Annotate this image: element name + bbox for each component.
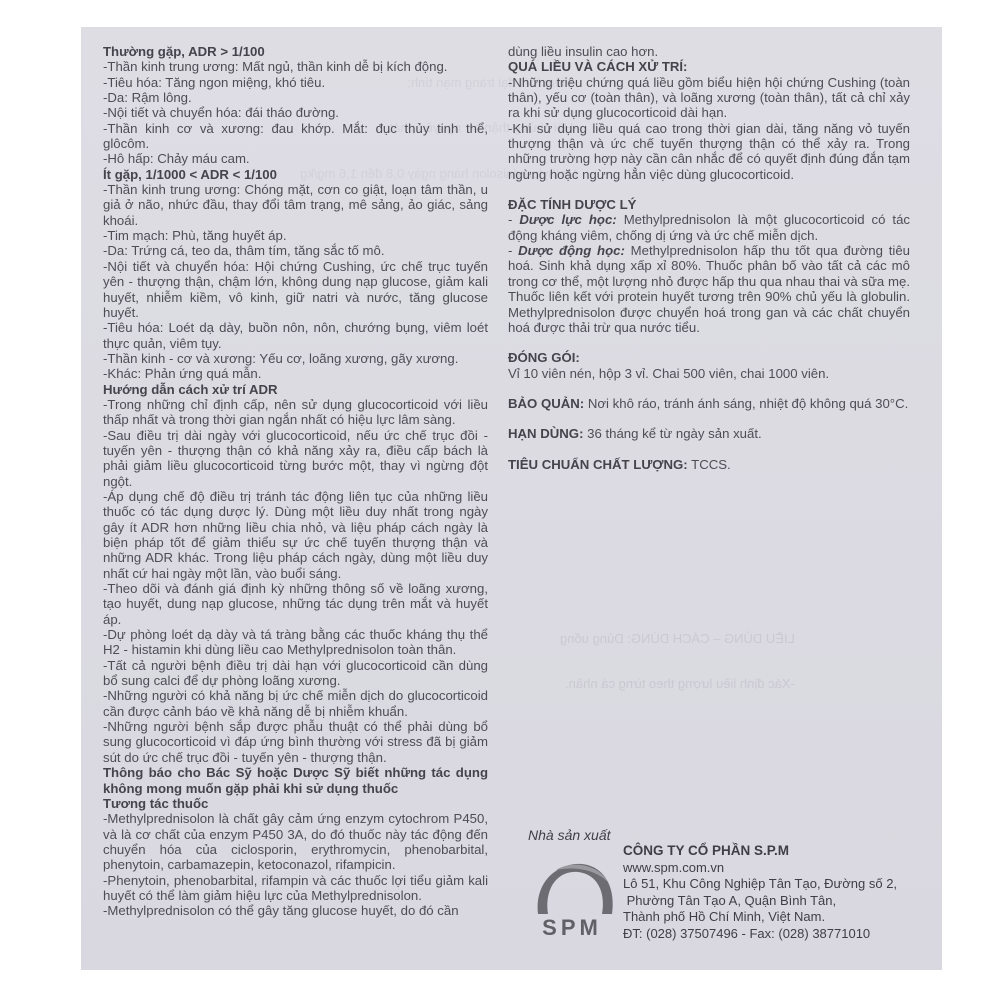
pharmacodynamics-label: Dược lực học: [519, 212, 616, 227]
overdose-heading: QUÁ LIỀU VÀ CÁCH XỬ TRÍ: [508, 59, 910, 74]
pharmacokinetics-label: Dược động học: [518, 243, 625, 258]
list-item: -Những người có khả năng bị ức chế miễn … [103, 688, 488, 719]
list-item: -Methylprednisolon là chất gây cảm ứng e… [103, 811, 488, 872]
left-column: Thường gặp, ADR > 1/100 -Thần kinh trung… [103, 44, 488, 919]
standard-label: TIÊU CHUẨN CHẤT LƯỢNG: [508, 457, 688, 472]
list-item: -Áp dụng chế độ điều trị tránh tác động … [103, 489, 488, 581]
manufacturer-info: CÔNG TY CỔ PHẦN S.P.M www.spm.com.vn Lô … [623, 843, 897, 943]
list-item: -Tất cả người bệnh điều trị dài hạn với … [103, 658, 488, 689]
list-item: -Trong những chỉ định cấp, nên sử dụng g… [103, 397, 488, 428]
list-item: -Hô hấp: Chảy máu cam. [103, 151, 488, 166]
quality-standard: TIÊU CHUẨN CHẤT LƯỢNG: TCCS. [508, 457, 910, 472]
packaging-heading: ĐÓNG GÓI: [508, 350, 910, 365]
list-item: -Thần kinh trung ương: Mất ngủ, thần kin… [103, 59, 488, 74]
pharmacokinetics: - Dược động học: Methylprednisolon hấp t… [508, 243, 910, 335]
list-item: -Khác: Phản ứng quá mẫn. [103, 366, 488, 381]
list-item: -Da: Trứng cá, teo da, thâm tím, tăng sắ… [103, 243, 488, 258]
list-item: -Phenytoin, phenobarbital, rifampin và c… [103, 873, 488, 904]
storage-label: BẢO QUẢN: [508, 396, 584, 411]
manufacturer-label: Nhà sản xuất [528, 827, 611, 843]
notice-heading: Thông báo cho Bác Sỹ hoặc Dược Sỹ biết n… [103, 765, 488, 796]
adr-management-heading: Hướng dẫn cách xử trí ADR [103, 382, 488, 397]
common-adr-heading: Thường gặp, ADR > 1/100 [103, 44, 488, 59]
list-item: -Theo dõi và đánh giá định kỳ những thôn… [103, 581, 488, 627]
list-item: -Thần kinh trung ương: Chóng mặt, cơn co… [103, 182, 488, 228]
continuation-text: dùng liều insulin cao hơn. [508, 44, 910, 59]
storage: BẢO QUẢN: Nơi khô ráo, tránh ánh sáng, n… [508, 396, 910, 411]
storage-text: Nơi khô ráo, tránh ánh sáng, nhiệt độ kh… [588, 396, 908, 411]
list-item: -Tiêu hóa: Tăng ngon miệng, khó tiêu. [103, 75, 488, 90]
right-column: dùng liều insulin cao hơn. QUÁ LIỀU VÀ C… [508, 44, 910, 472]
list-item: -Dự phòng loét dạ dày và tá tràng bằng c… [103, 627, 488, 658]
list-item: -Nội tiết và chuyển hóa: đái tháo đường. [103, 105, 488, 120]
interaction-heading: Tương tác thuốc [103, 796, 488, 811]
pharmacodynamics: - Dược lực học: Methylprednisolon là một… [508, 212, 910, 243]
address-line: Thành phố Hồ Chí Minh, Việt Nam. [623, 909, 897, 926]
list-item: -Da: Rậm lông. [103, 90, 488, 105]
phone-fax: ĐT: (028) 37507496 - Fax: (028) 38771010 [623, 926, 897, 943]
packaging-text: Vỉ 10 viên nén, hộp 3 vỉ. Chai 500 viên,… [508, 366, 910, 381]
list-item: -Tim mạch: Phù, tăng huyết áp. [103, 228, 488, 243]
spm-logo-icon: SPM [516, 858, 628, 938]
company-name: CÔNG TY CỔ PHẦN S.P.M [623, 843, 897, 860]
address-line: Phường Tân Tạo A, Quận Bình Tân, [623, 893, 897, 910]
list-item: -Thần kinh cơ và xương: đau khớp. Mắt: đ… [103, 121, 488, 152]
list-item: -Khi sử dụng liều quá cao trong thời gia… [508, 121, 910, 182]
list-item: -Những người bệnh sắp được phẫu thuật có… [103, 719, 488, 765]
logo-text: SPM [542, 915, 602, 938]
company-website: www.spm.com.vn [623, 860, 897, 877]
pharmacology-heading: ĐẶC TÍNH DƯỢC LÝ [508, 197, 910, 212]
expiry: HẠN DÙNG: 36 tháng kể từ ngày sản xuất. [508, 426, 910, 441]
address-line: Lô 51, Khu Công Nghiệp Tân Tạo, Đường số… [623, 876, 897, 893]
list-item: -Methylprednisolon có thể gây tăng gluco… [103, 903, 488, 918]
standard-text: TCCS. [691, 457, 731, 472]
list-item: -Tiêu hóa: Loét dạ dày, buồn nôn, nôn, c… [103, 320, 488, 351]
uncommon-adr-heading: Ít gặp, 1/1000 < ADR < 1/100 [103, 167, 488, 182]
list-item: -Nội tiết và chuyển hóa: Hội chứng Cushi… [103, 259, 488, 320]
list-item: -Những triệu chứng quá liều gồm biểu hiệ… [508, 75, 910, 121]
expiry-text: 36 tháng kể từ ngày sản xuất. [587, 426, 762, 441]
list-item: -Sau điều trị dài ngày với glucocorticoi… [103, 428, 488, 489]
list-item: -Thần kinh - cơ và xương: Yếu cơ, loãng … [103, 351, 488, 366]
expiry-label: HẠN DÙNG: [508, 426, 583, 441]
